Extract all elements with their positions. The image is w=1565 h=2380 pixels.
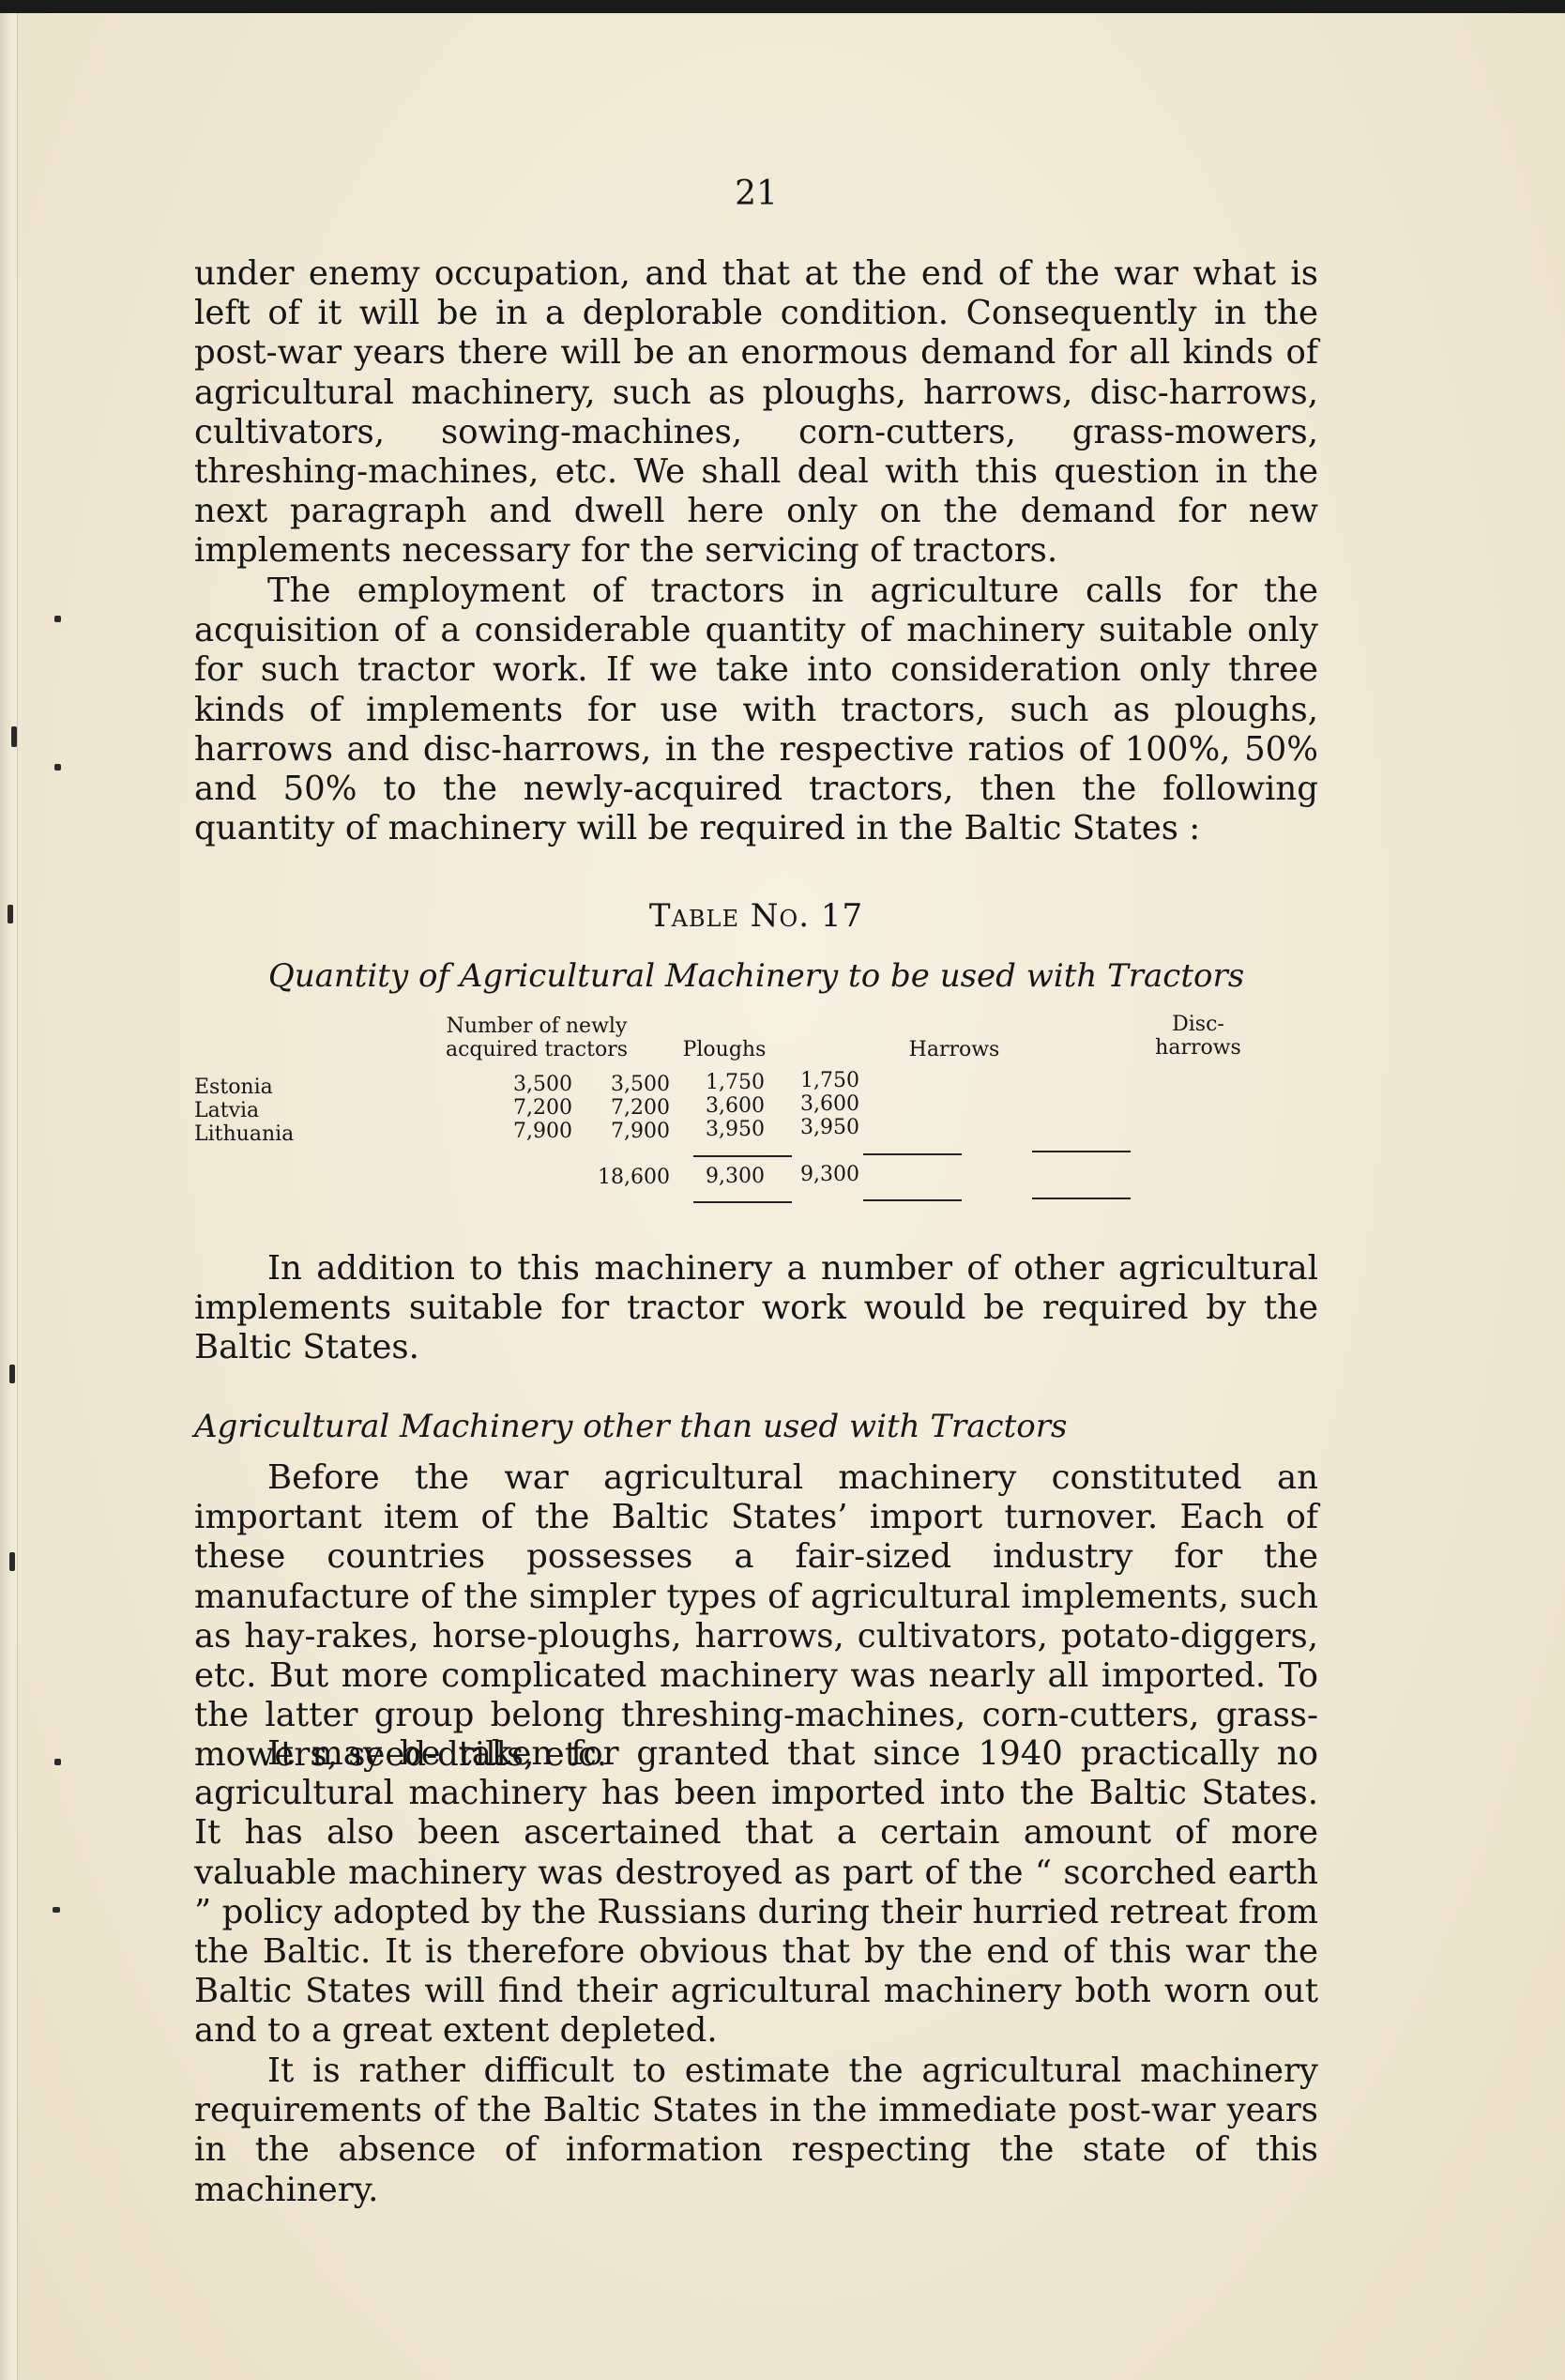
page-number: 21 xyxy=(194,175,1318,213)
cell-tractors: 7,200 xyxy=(460,1096,572,1120)
paragraph-1: under enemy occupation, and that at the … xyxy=(194,254,1318,572)
total-disc-harrows: 9,300 xyxy=(747,1163,859,1186)
cell-disc-harrows: 3,950 xyxy=(747,1116,859,1139)
header-tractors-line1: Number of newly xyxy=(433,1015,640,1038)
header-disc-line1: Disc- xyxy=(1132,1013,1264,1036)
header-harrows: Harrows xyxy=(889,1038,1020,1061)
paragraph-5: It may be taken for granted that since 1… xyxy=(194,1734,1318,2052)
section-heading: Agricultural Machinery other than used w… xyxy=(194,1408,1067,1445)
total-rule xyxy=(693,1201,792,1203)
subtotal-rule xyxy=(1032,1151,1131,1152)
row-label: Estonia xyxy=(194,1076,273,1099)
cell-tractors: 3,500 xyxy=(460,1073,572,1096)
total-rule xyxy=(863,1199,962,1201)
row-label: Lithuania xyxy=(194,1122,294,1146)
total-rule xyxy=(1032,1198,1131,1199)
margin-mark xyxy=(53,1907,60,1913)
margin-mark xyxy=(54,1759,61,1765)
cell-tractors: 7,900 xyxy=(460,1120,572,1143)
margin-mark xyxy=(54,764,61,770)
margin-mark xyxy=(9,1552,15,1571)
cell-disc-harrows: 1,750 xyxy=(747,1069,859,1092)
margin-mark xyxy=(54,616,61,622)
paragraph-after-table: In addition to this machinery a number o… xyxy=(194,1249,1318,1368)
margin-mark xyxy=(8,905,13,923)
subtotal-rule xyxy=(693,1155,792,1157)
paragraph-4: Before the war agricultural machinery co… xyxy=(194,1458,1318,1776)
page-spine xyxy=(0,13,18,2380)
table-title: Table No. 17 xyxy=(194,897,1318,935)
margin-mark xyxy=(9,1365,15,1383)
subtotal-rule xyxy=(863,1153,962,1155)
paragraph-6: It is rather difficult to estimate the a… xyxy=(194,2052,1318,2210)
cell-disc-harrows: 3,600 xyxy=(747,1092,859,1116)
row-label: Latvia xyxy=(194,1099,259,1122)
header-tractors-line2: acquired tractors xyxy=(433,1038,640,1061)
header-disc-harrows: Disc- harrows xyxy=(1132,1013,1264,1060)
margin-mark xyxy=(11,726,17,747)
paragraph-2: The employment of tractors in agricultur… xyxy=(194,572,1318,848)
book-page: 21 under enemy occupation, and that at t… xyxy=(0,13,1565,2380)
header-ploughs: Ploughs xyxy=(659,1038,790,1061)
table-caption: Quantity of Agricultural Machinery to be… xyxy=(194,957,1318,995)
header-tractors: Number of newly acquired tractors xyxy=(433,1015,640,1061)
header-disc-line2: harrows xyxy=(1132,1036,1264,1060)
